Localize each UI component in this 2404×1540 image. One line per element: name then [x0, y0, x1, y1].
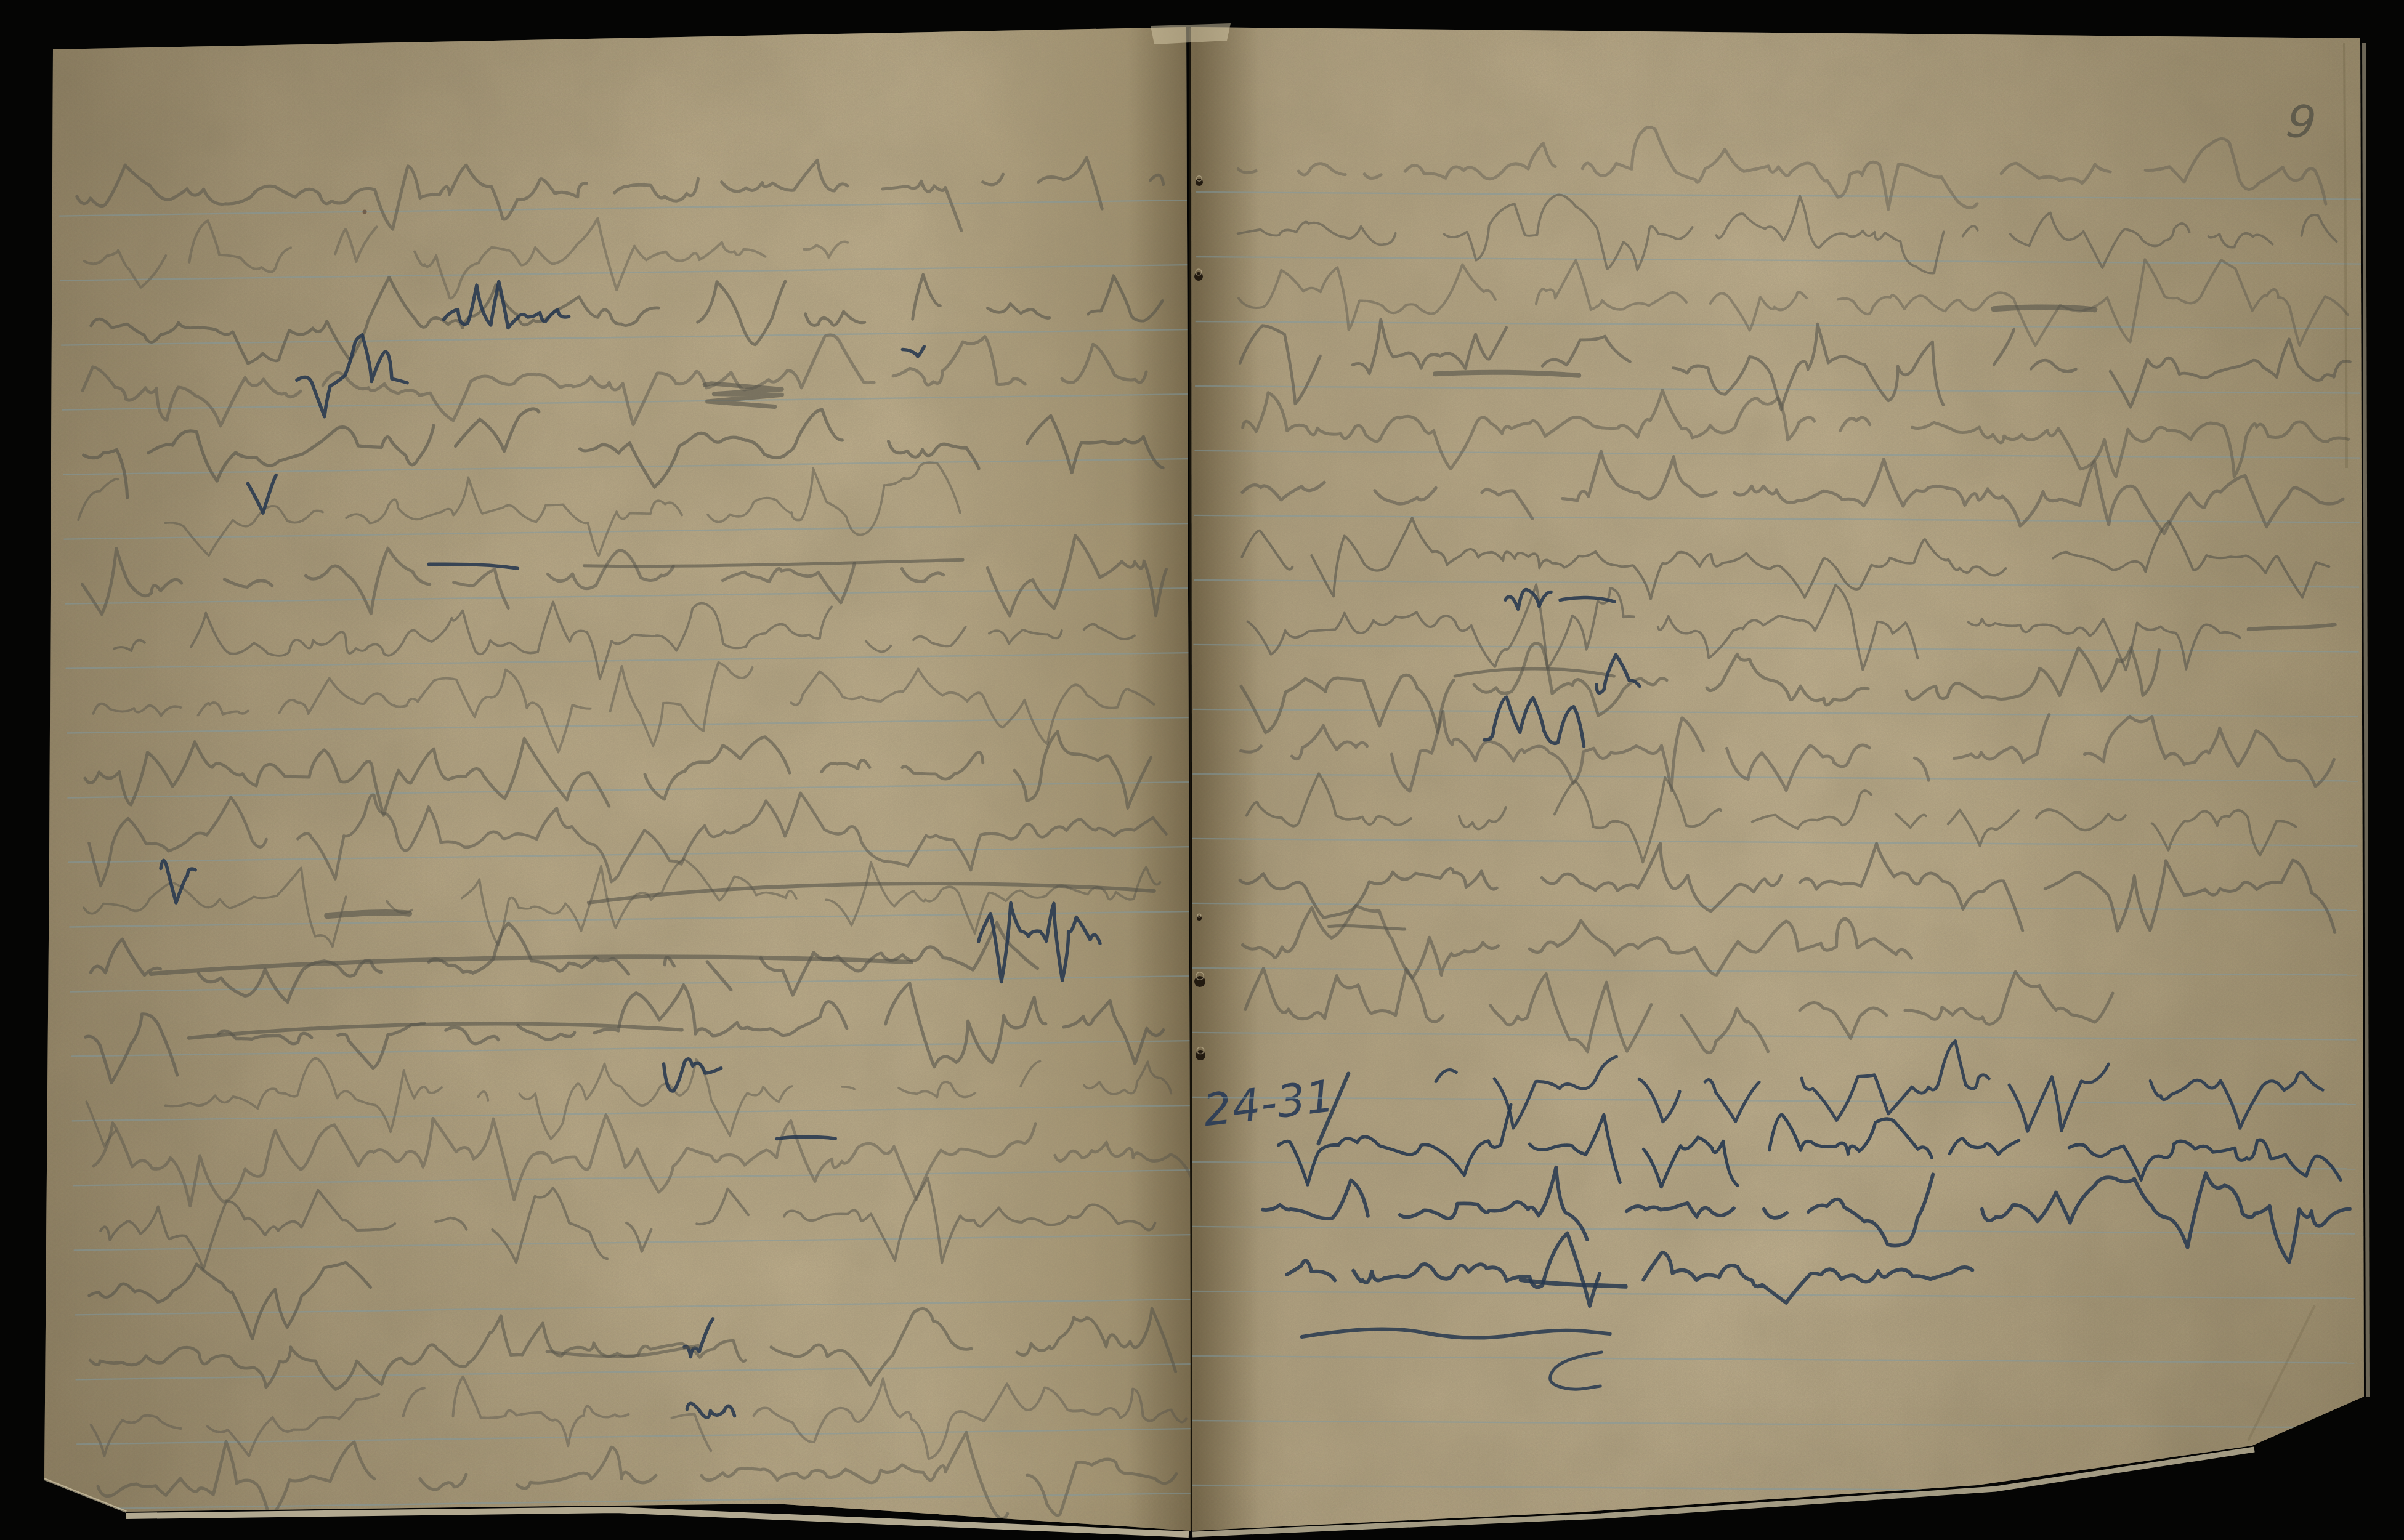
strikethrough-stroke [327, 912, 409, 916]
fold-crease-line [1190, 28, 1191, 1530]
notebook-spread-svg: 9 24-31 [0, 0, 2404, 1540]
stain-speck [363, 210, 367, 214]
under-edge-side [2364, 43, 2368, 1397]
stains [363, 210, 367, 214]
fold-shadow [1127, 0, 1260, 1540]
strikethrough-stroke [1994, 307, 2095, 309]
notebook-scan: 9 24-31 [0, 0, 2404, 1540]
